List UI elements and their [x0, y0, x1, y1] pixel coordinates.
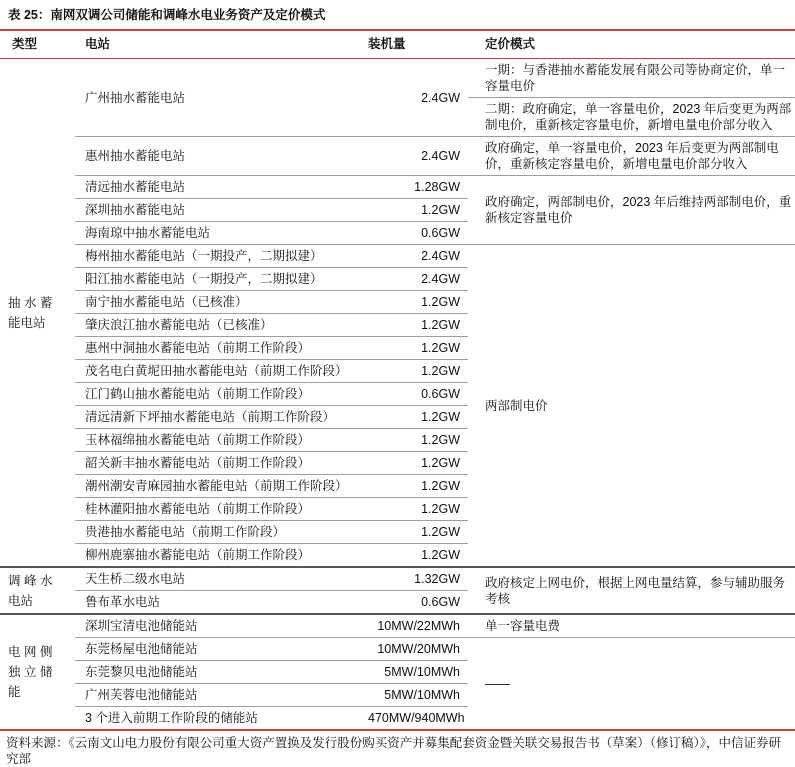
station-cell: 清远抽水蓄能电站	[75, 175, 368, 198]
capacity-cell: 1.2GW	[368, 451, 468, 474]
station-cell: 阳江抽水蓄能电站（一期投产，二期拟建）	[75, 267, 368, 290]
pricing-cell: 政府确定，单一容量电价，2023 年后变更为两部制电价，重新核定容量电价，新增电…	[468, 136, 795, 175]
capacity-cell: 2.4GW	[368, 244, 468, 267]
station-cell: 贵港抽水蓄能电站（前期工作阶段）	[75, 520, 368, 543]
station-cell: 广州抽水蓄能电站	[75, 59, 368, 136]
station-cell: 天生桥二级水电站	[75, 566, 368, 590]
station-cell: 惠州抽水蓄能电站	[75, 136, 368, 175]
table-row: 调 峰 水 电站天生桥二级水电站1.32GW政府核定上网电价，根据上网电量结算，…	[0, 566, 795, 590]
capacity-cell: 1.2GW	[368, 198, 468, 221]
table-row: 东莞杨屋电池储能站10MW/20MWh——	[0, 637, 795, 660]
station-cell: 韶关新丰抽水蓄能电站（前期工作阶段）	[75, 451, 368, 474]
station-cell: 南宁抽水蓄能电站（已核准）	[75, 290, 368, 313]
pricing-cell: 两部制电价	[468, 244, 795, 566]
capacity-cell: 1.2GW	[368, 543, 468, 566]
source-note: 资料来源：《云南文山电力股份有限公司重大资产置换及发行股份购买资产并募集配套资金…	[0, 729, 795, 767]
capacity-cell: 1.2GW	[368, 474, 468, 497]
station-cell: 柳州鹿寨抽水蓄能电站（前期工作阶段）	[75, 543, 368, 566]
type-cell: 电 网 侧 独 立 储 能	[0, 613, 75, 729]
station-cell: 桂林灌阳抽水蓄能电站（前期工作阶段）	[75, 497, 368, 520]
capacity-cell: 10MW/22MWh	[368, 613, 468, 637]
capacity-cell: 1.2GW	[368, 290, 468, 313]
capacity-cell: 470MW/940MWh	[368, 706, 468, 729]
capacity-cell: 0.6GW	[368, 221, 468, 244]
capacity-cell: 1.2GW	[368, 313, 468, 336]
table-row: 抽 水 蓄 能电站广州抽水蓄能电站2.4GW一期：与香港抽水蓄能发展有限公司等协…	[0, 59, 795, 97]
pricing-cell: 政府核定上网电价，根据上网电量结算，参与辅助服务考核	[468, 566, 795, 613]
report-table-page: 表 25：南网双调公司储能和调峰水电业务资产及定价模式 类型 电站 装机量 定价…	[0, 0, 795, 767]
table-body: 抽 水 蓄 能电站广州抽水蓄能电站2.4GW一期：与香港抽水蓄能发展有限公司等协…	[0, 59, 795, 729]
pricing-cell: ——	[468, 637, 795, 729]
station-cell: 肇庆浪江抽水蓄能电站（已核准）	[75, 313, 368, 336]
capacity-cell: 1.2GW	[368, 359, 468, 382]
type-cell: 调 峰 水 电站	[0, 566, 75, 613]
table-row: 梅州抽水蓄能电站（一期投产，二期拟建）2.4GW两部制电价	[0, 244, 795, 267]
capacity-cell: 10MW/20MWh	[368, 637, 468, 660]
asset-pricing-table: 类型 电站 装机量 定价模式 抽 水 蓄 能电站广州抽水蓄能电站2.4GW一期：…	[0, 31, 795, 729]
station-cell: 海南琼中抽水蓄能电站	[75, 221, 368, 244]
station-cell: 玉林福绵抽水蓄能电站（前期工作阶段）	[75, 428, 368, 451]
capacity-cell: 0.6GW	[368, 382, 468, 405]
table-title: 表 25：南网双调公司储能和调峰水电业务资产及定价模式	[0, 0, 795, 31]
station-cell: 广州芙蓉电池储能站	[75, 683, 368, 706]
pricing-cell: 二期：政府确定，单一容量电价，2023 年后变更为两部制电价，重新核定容量电价，…	[468, 97, 795, 136]
pricing-cell: 政府确定，两部制电价，2023 年后维持两部制电价，重新核定容量电价	[468, 175, 795, 244]
header-cell-station: 电站	[75, 31, 368, 59]
capacity-cell: 5MW/10MWh	[368, 660, 468, 683]
header-cell-type: 类型	[0, 31, 75, 59]
station-cell: 东莞杨屋电池储能站	[75, 637, 368, 660]
header-cell-capacity: 装机量	[368, 31, 468, 59]
station-cell: 3 个进入前期工作阶段的储能站	[75, 706, 368, 729]
station-cell: 深圳宝清电池储能站	[75, 613, 368, 637]
capacity-cell: 1.2GW	[368, 428, 468, 451]
station-cell: 东莞黎贝电池储能站	[75, 660, 368, 683]
capacity-cell: 2.4GW	[368, 59, 468, 136]
capacity-cell: 2.4GW	[368, 136, 468, 175]
table-row: 惠州抽水蓄能电站2.4GW政府确定，单一容量电价，2023 年后变更为两部制电价…	[0, 136, 795, 175]
pricing-cell: 单一容量电费	[468, 613, 795, 637]
capacity-cell: 0.6GW	[368, 590, 468, 613]
station-cell: 梅州抽水蓄能电站（一期投产，二期拟建）	[75, 244, 368, 267]
capacity-cell: 1.2GW	[368, 520, 468, 543]
station-cell: 茂名电白黄坭田抽水蓄能电站（前期工作阶段）	[75, 359, 368, 382]
capacity-cell: 1.28GW	[368, 175, 468, 198]
table-row: 电 网 侧 独 立 储 能深圳宝清电池储能站10MW/22MWh单一容量电费	[0, 613, 795, 637]
capacity-cell: 1.2GW	[368, 497, 468, 520]
station-cell: 潮州潮安青麻园抽水蓄能电站（前期工作阶段）	[75, 474, 368, 497]
station-cell: 深圳抽水蓄能电站	[75, 198, 368, 221]
station-cell: 清远清新下坪抽水蓄能电站（前期工作阶段）	[75, 405, 368, 428]
station-cell: 鲁布革水电站	[75, 590, 368, 613]
station-cell: 江门鹤山抽水蓄能电站（前期工作阶段）	[75, 382, 368, 405]
table-header-row: 类型 电站 装机量 定价模式	[0, 31, 795, 59]
table-row: 清远抽水蓄能电站1.28GW政府确定，两部制电价，2023 年后维持两部制电价，…	[0, 175, 795, 198]
capacity-cell: 1.32GW	[368, 566, 468, 590]
station-cell: 惠州中洞抽水蓄能电站（前期工作阶段）	[75, 336, 368, 359]
header-cell-pricing: 定价模式	[468, 31, 795, 59]
capacity-cell: 1.2GW	[368, 336, 468, 359]
type-cell: 抽 水 蓄 能电站	[0, 59, 75, 566]
pricing-cell: 一期：与香港抽水蓄能发展有限公司等协商定价，单一容量电价	[468, 59, 795, 97]
capacity-cell: 5MW/10MWh	[368, 683, 468, 706]
capacity-cell: 2.4GW	[368, 267, 468, 290]
capacity-cell: 1.2GW	[368, 405, 468, 428]
